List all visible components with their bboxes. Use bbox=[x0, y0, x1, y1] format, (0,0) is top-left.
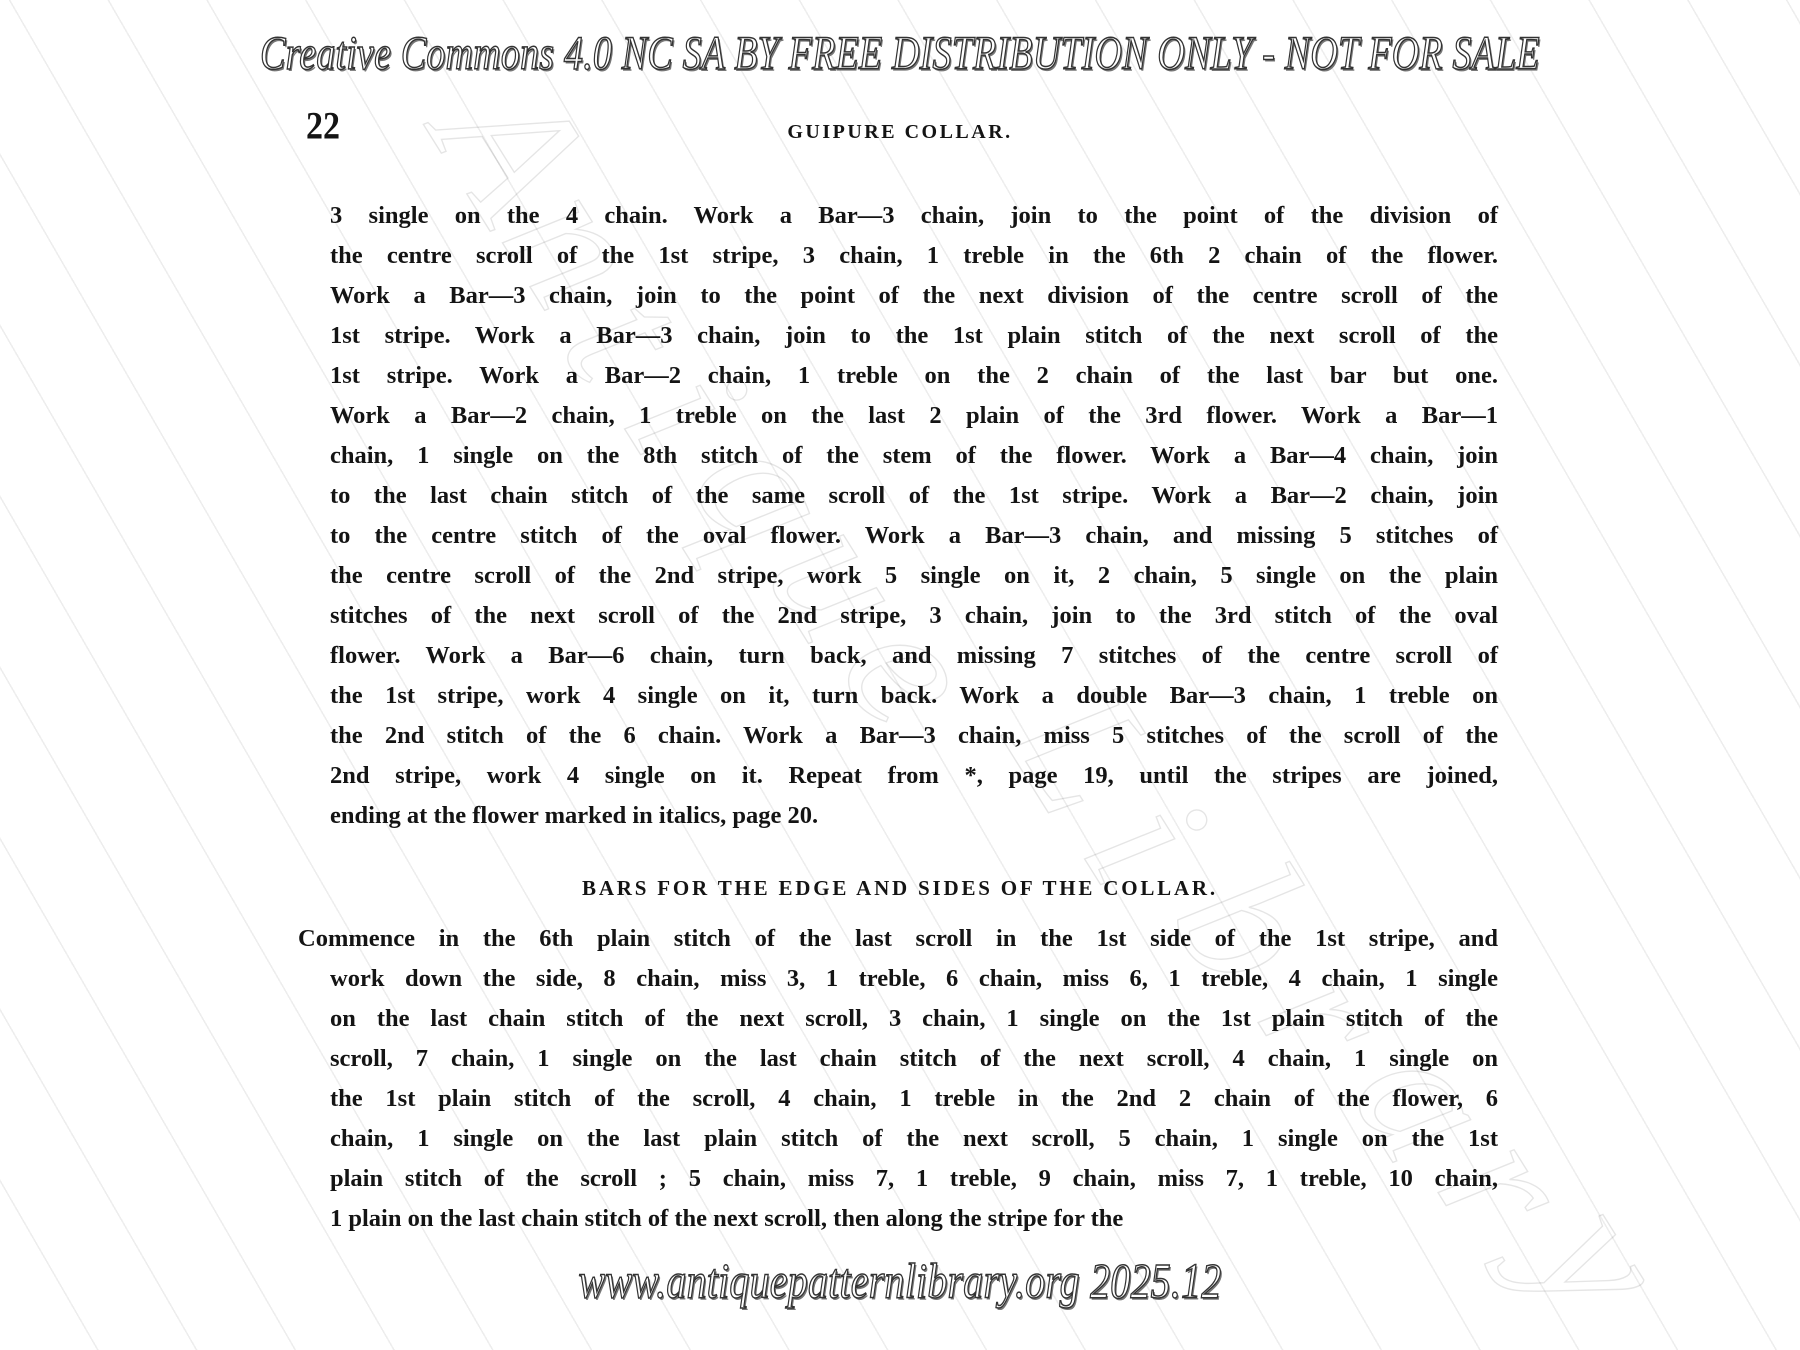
paragraph-2: Commence in the 6th plain stitch of the … bbox=[330, 919, 1498, 1239]
website-banner: www.antiquepatternlibrary.org 2025.12 bbox=[0, 1251, 1800, 1310]
running-head: GUIPURE COLLAR. bbox=[0, 121, 1800, 144]
license-banner: Creative Commons 4.0 NC SA BY FREE DISTR… bbox=[0, 27, 1800, 82]
text-line: the centre scroll of the 1st stripe, 3 c… bbox=[330, 236, 1498, 276]
text-line: plain stitch of the scroll ; 5 chain, mi… bbox=[330, 1159, 1498, 1199]
text-line: scroll, 7 chain, 1 single on the last ch… bbox=[330, 1039, 1498, 1079]
paragraph-1: 3 single on the 4 chain. Work a Bar—3 ch… bbox=[330, 196, 1498, 836]
text-line: to the centre stitch of the oval flower.… bbox=[330, 516, 1498, 556]
text-line: the 1st stripe, work 4 single on it, tur… bbox=[330, 676, 1498, 716]
text-line: chain, 1 single on the 8th stitch of the… bbox=[330, 436, 1498, 476]
text-line: flower. Work a Bar—6 chain, turn back, a… bbox=[330, 636, 1498, 676]
text-line: 1st stripe. Work a Bar—2 chain, 1 treble… bbox=[330, 356, 1498, 396]
text-line: to the last chain stitch of the same scr… bbox=[330, 476, 1498, 516]
text-line: 1st stripe. Work a Bar—3 chain, join to … bbox=[330, 316, 1498, 356]
text-line: Commence in the 6th plain stitch of the … bbox=[298, 919, 1498, 959]
text-line: stitches of the next scroll of the 2nd s… bbox=[330, 596, 1498, 636]
text-line: 3 single on the 4 chain. Work a Bar—3 ch… bbox=[330, 196, 1498, 236]
section-heading: BARS FOR THE EDGE AND SIDES OF THE COLLA… bbox=[0, 876, 1800, 901]
text-line: the centre scroll of the 2nd stripe, wor… bbox=[330, 556, 1498, 596]
text-line: Work a Bar—2 chain, 1 treble on the last… bbox=[330, 396, 1498, 436]
text-line: Work a Bar—3 chain, join to the point of… bbox=[330, 276, 1498, 316]
text-line: 1 plain on the last chain stitch of the … bbox=[330, 1199, 1498, 1239]
text-line: ending at the flower marked in italics, … bbox=[330, 796, 1498, 836]
text-line: 2nd stripe, work 4 single on it. Repeat … bbox=[330, 756, 1498, 796]
text-line: the 2nd stitch of the 6 chain. Work a Ba… bbox=[330, 716, 1498, 756]
text-line: chain, 1 single on the last plain stitch… bbox=[330, 1119, 1498, 1159]
text-line: work down the side, 8 chain, miss 3, 1 t… bbox=[330, 959, 1498, 999]
text-line: the 1st plain stitch of the scroll, 4 ch… bbox=[330, 1079, 1498, 1119]
text-line: on the last chain stitch of the next scr… bbox=[330, 999, 1498, 1039]
